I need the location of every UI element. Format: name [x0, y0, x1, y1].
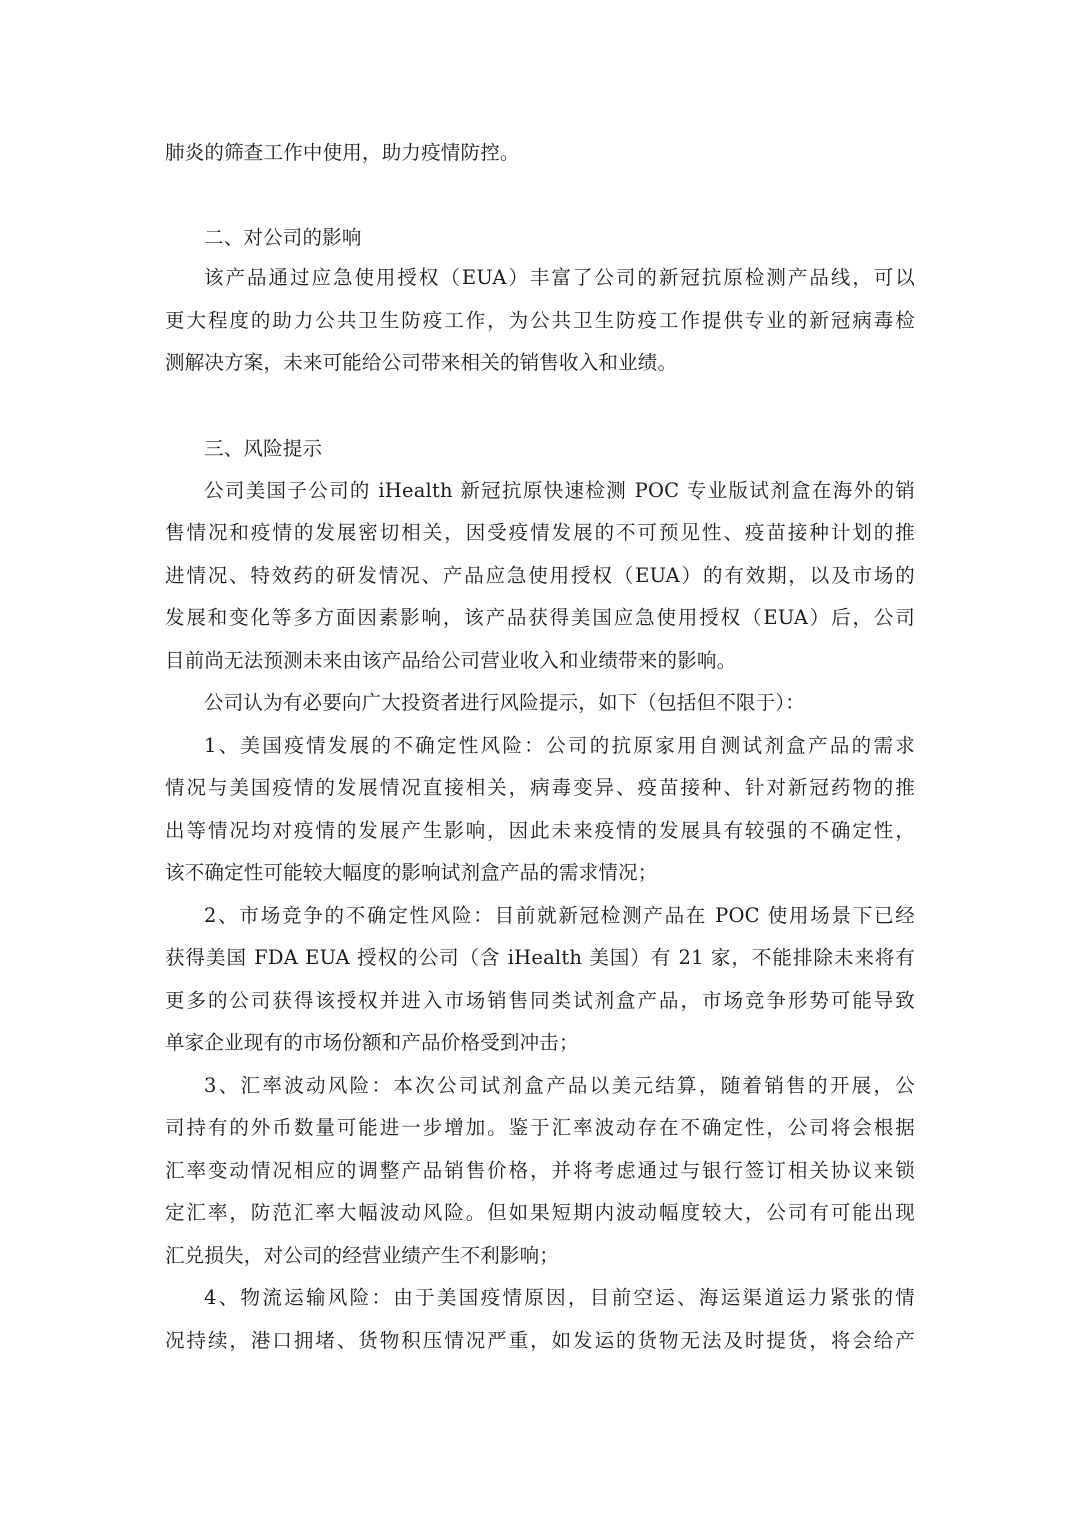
text-line: 进情况、特效药的研发情况、产品应急使用授权（EUA）的有效期，以及市场的 — [165, 563, 915, 589]
text-line: 目前尚无法预测未来由该产品给公司营业收入和业绩带来的影响。 — [165, 648, 915, 674]
text-line: 更大程度的助力公共卫生防疫工作，为公共卫生防疫工作提供专业的新冠病毒检 — [165, 308, 915, 334]
text-line: 发展和变化等多方面因素影响，该产品获得美国应急使用授权（EUA）后，公司 — [165, 605, 915, 631]
text-line: 1、美国疫情发展的不确定性风险：公司的抗原家用自测试剂盒产品的需求 — [204, 733, 915, 759]
text-line: 定汇率，防范汇率大幅波动风险。但如果短期内波动幅度较大，公司有可能出现 — [165, 1200, 915, 1226]
text-line: 司持有的外币数量可能进一步增加。鉴于汇率波动存在不确定性，公司将会根据 — [165, 1115, 915, 1141]
text-line: 单家企业现有的市场份额和产品价格受到冲击； — [165, 1030, 915, 1056]
text-line: 汇兑损失，对公司的经营业绩产生不利影响； — [165, 1243, 915, 1269]
text-line: 测解决方案，未来可能给公司带来相关的销售收入和业绩。 — [165, 350, 915, 376]
text-line: 售情况和疫情的发展密切相关，因受疫情发展的不可预见性、疫苗接种计划的推 — [165, 520, 915, 546]
text-line: 公司认为有必要向广大投资者进行风险提示，如下（包括但不限于）： — [204, 690, 915, 716]
text-line: 该不确定性可能较大幅度的影响试剂盒产品的需求情况； — [165, 860, 915, 886]
text-line: 情况与美国疫情的发展情况直接相关，病毒变异、疫苗接种、针对新冠药物的推 — [165, 775, 915, 801]
text-line: 更多的公司获得该授权并进入市场销售同类试剂盒产品，市场竞争形势可能导致 — [165, 988, 915, 1014]
text-line: 三、风险提示 — [204, 436, 915, 462]
text-line: 4、物流运输风险：由于美国疫情原因，目前空运、海运渠道运力紧张的情 — [204, 1285, 915, 1311]
text-line: 获得美国 FDA EUA 授权的公司（含 iHealth 美国）有 21 家，不… — [165, 945, 915, 971]
text-line: 况持续，港口拥堵、货物积压情况严重，如发运的货物无法及时提货，将会给产 — [165, 1328, 915, 1354]
text-line: 2、市场竞争的不确定性风险：目前就新冠检测产品在 POC 使用场景下已经 — [204, 903, 915, 929]
text-line: 二、对公司的影响 — [204, 225, 915, 251]
text-line: 该产品通过应急使用授权（EUA）丰富了公司的新冠抗原检测产品线，可以 — [204, 265, 915, 291]
text-line: 汇率变动情况相应的调整产品销售价格，并将考虑通过与银行签订相关协议来锁 — [165, 1158, 915, 1184]
text-line: 肺炎的筛查工作中使用，助力疫情防控。 — [165, 140, 915, 166]
text-line: 3、汇率波动风险：本次公司试剂盒产品以美元结算，随着销售的开展，公 — [204, 1073, 915, 1099]
text-line: 出等情况均对疫情的发展产生影响，因此未来疫情的发展具有较强的不确定性， — [165, 818, 915, 844]
text-line: 公司美国子公司的 iHealth 新冠抗原快速检测 POC 专业版试剂盒在海外的… — [204, 478, 915, 504]
